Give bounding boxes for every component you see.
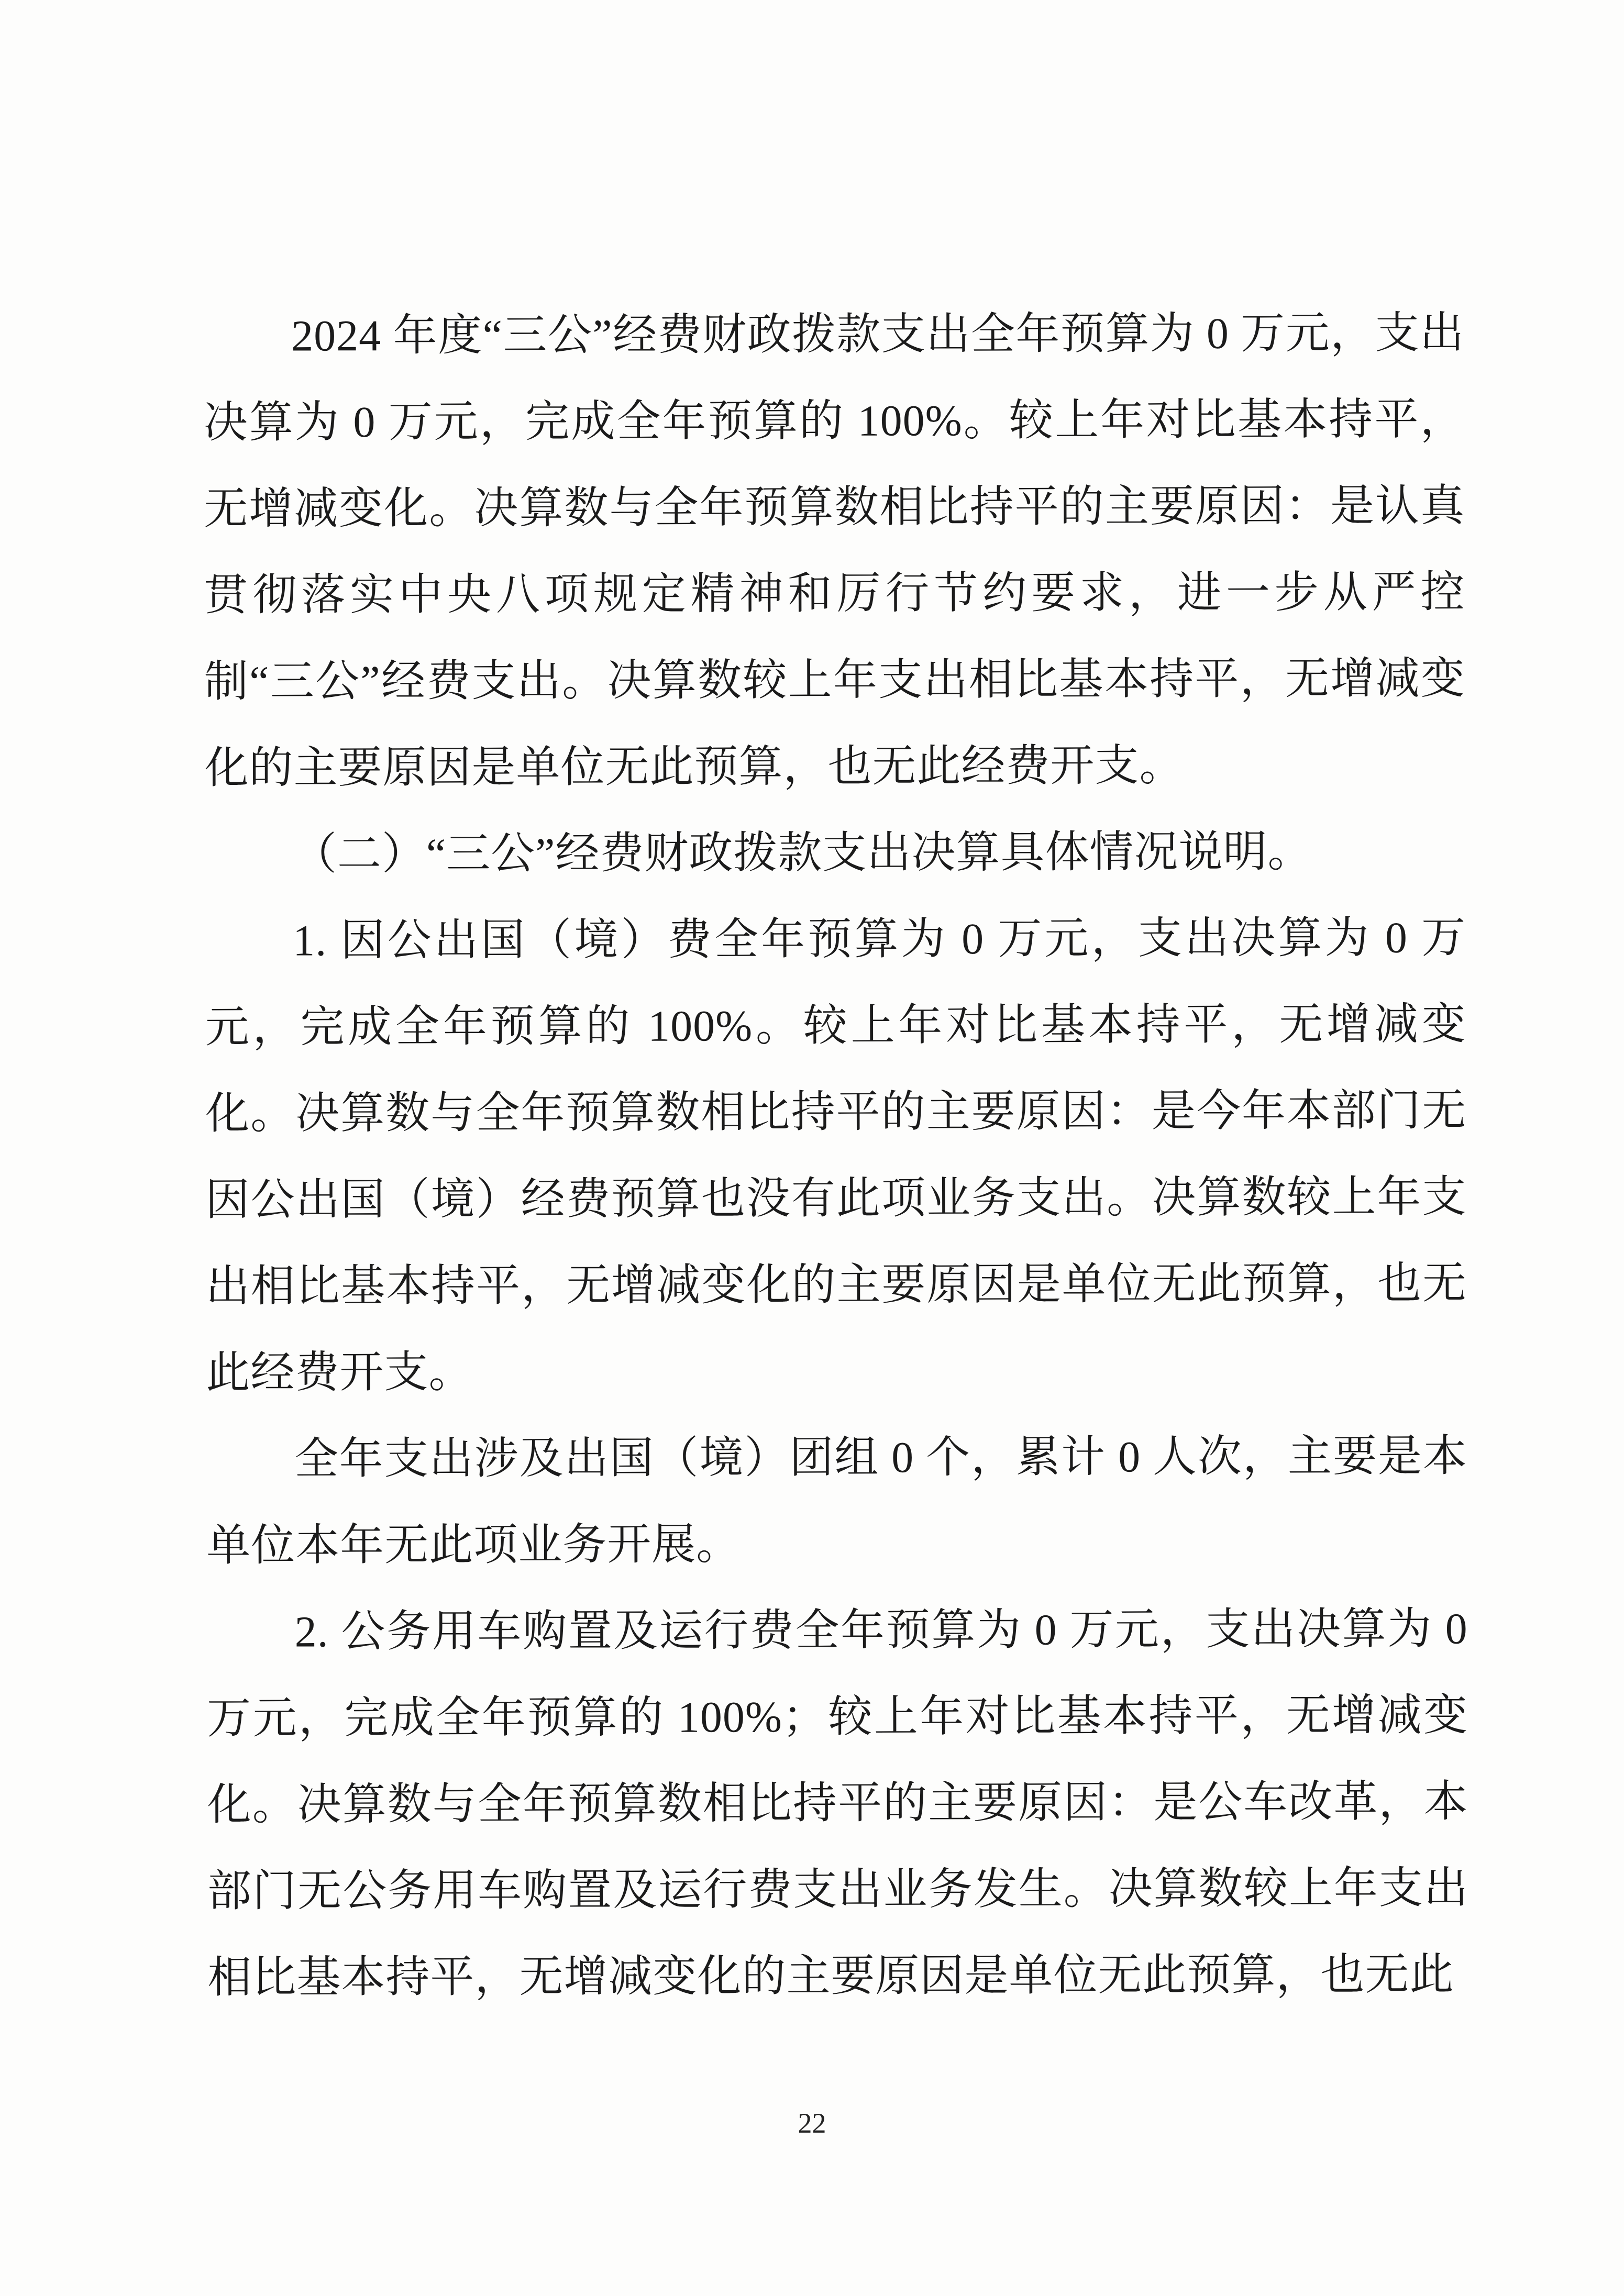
- page-body-text: 2024 年度“三公”经费财政拨款支出全年预算为 0 万元，支出决算为 0 万元…: [203, 290, 1469, 2021]
- paragraph: 1. 因公出国（境）费全年预算为 0 万元，支出决算为 0 万元，完成全年预算的…: [205, 895, 1467, 1416]
- paragraph: 2. 公务用车购置及运行费全年预算为 0 万元，支出决算为 0 万元，完成全年预…: [206, 1586, 1468, 2021]
- document-page: 2024 年度“三公”经费财政拨款支出全年预算为 0 万元，支出决算为 0 万元…: [0, 0, 1624, 2296]
- paragraph: 全年支出涉及出国（境）团组 0 个，累计 0 人次，主要是本单位本年无此项业务开…: [206, 1413, 1468, 1589]
- page-number: 22: [0, 2108, 1624, 2139]
- paragraph: （二）“三公”经费财政拨款支出决算具体情况说明。: [205, 808, 1466, 898]
- paragraph: 2024 年度“三公”经费财政拨款支出全年预算为 0 万元，支出决算为 0 万元…: [203, 290, 1466, 812]
